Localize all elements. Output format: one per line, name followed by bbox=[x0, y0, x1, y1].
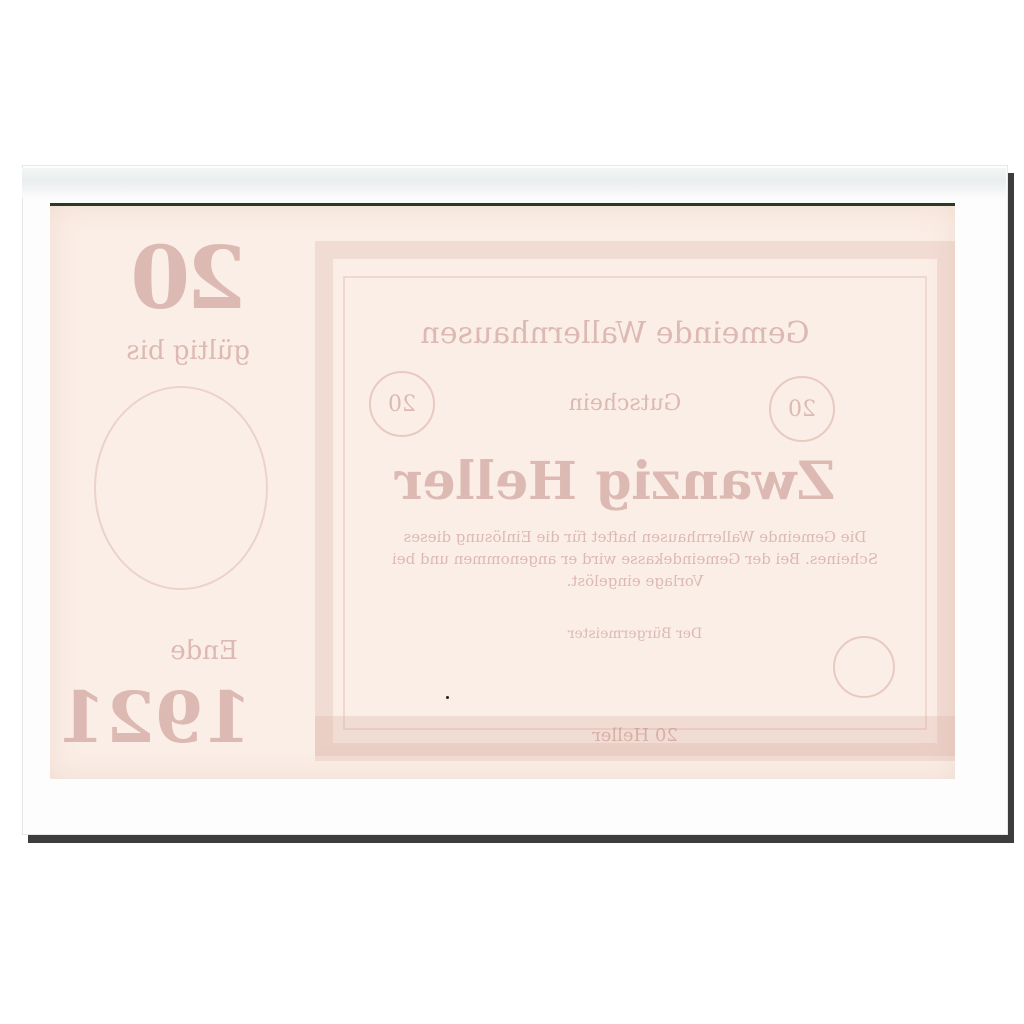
denomination-numeral: 20 bbox=[134, 228, 246, 329]
main-panel: Gemeinde Wallernhausen Gutschein 20 20 Z… bbox=[290, 206, 1024, 779]
valid-until-label: gültig bis bbox=[126, 336, 250, 366]
sleeve-top-flap bbox=[22, 168, 1006, 198]
left-panel: 20 gültig bis Ende 1921 bbox=[50, 206, 290, 779]
mirrored-print: 20 gültig bis Ende 1921 Gemeinde Wallern… bbox=[50, 206, 955, 779]
body-text: Die Gemeinde Wallernhausen haftet für di… bbox=[375, 526, 895, 592]
valid-month: Ende bbox=[170, 636, 238, 666]
banknote: 20 gültig bis Ende 1921 Gemeinde Wallern… bbox=[50, 203, 955, 779]
denomination-text: Zwanzig Heller bbox=[335, 451, 895, 512]
coin-left: 20 bbox=[769, 376, 835, 442]
bottom-strip: 20 Heller bbox=[315, 716, 955, 756]
ink-speck bbox=[446, 696, 449, 699]
coin-right: 20 bbox=[369, 371, 435, 437]
portrait-medallion bbox=[94, 386, 268, 590]
seal-stamp bbox=[833, 636, 895, 698]
valid-year: 1921 bbox=[57, 676, 252, 759]
signature-label: Der Bürgermeister bbox=[375, 626, 895, 642]
issuer-banner: Gemeinde Wallernhausen bbox=[335, 316, 895, 351]
